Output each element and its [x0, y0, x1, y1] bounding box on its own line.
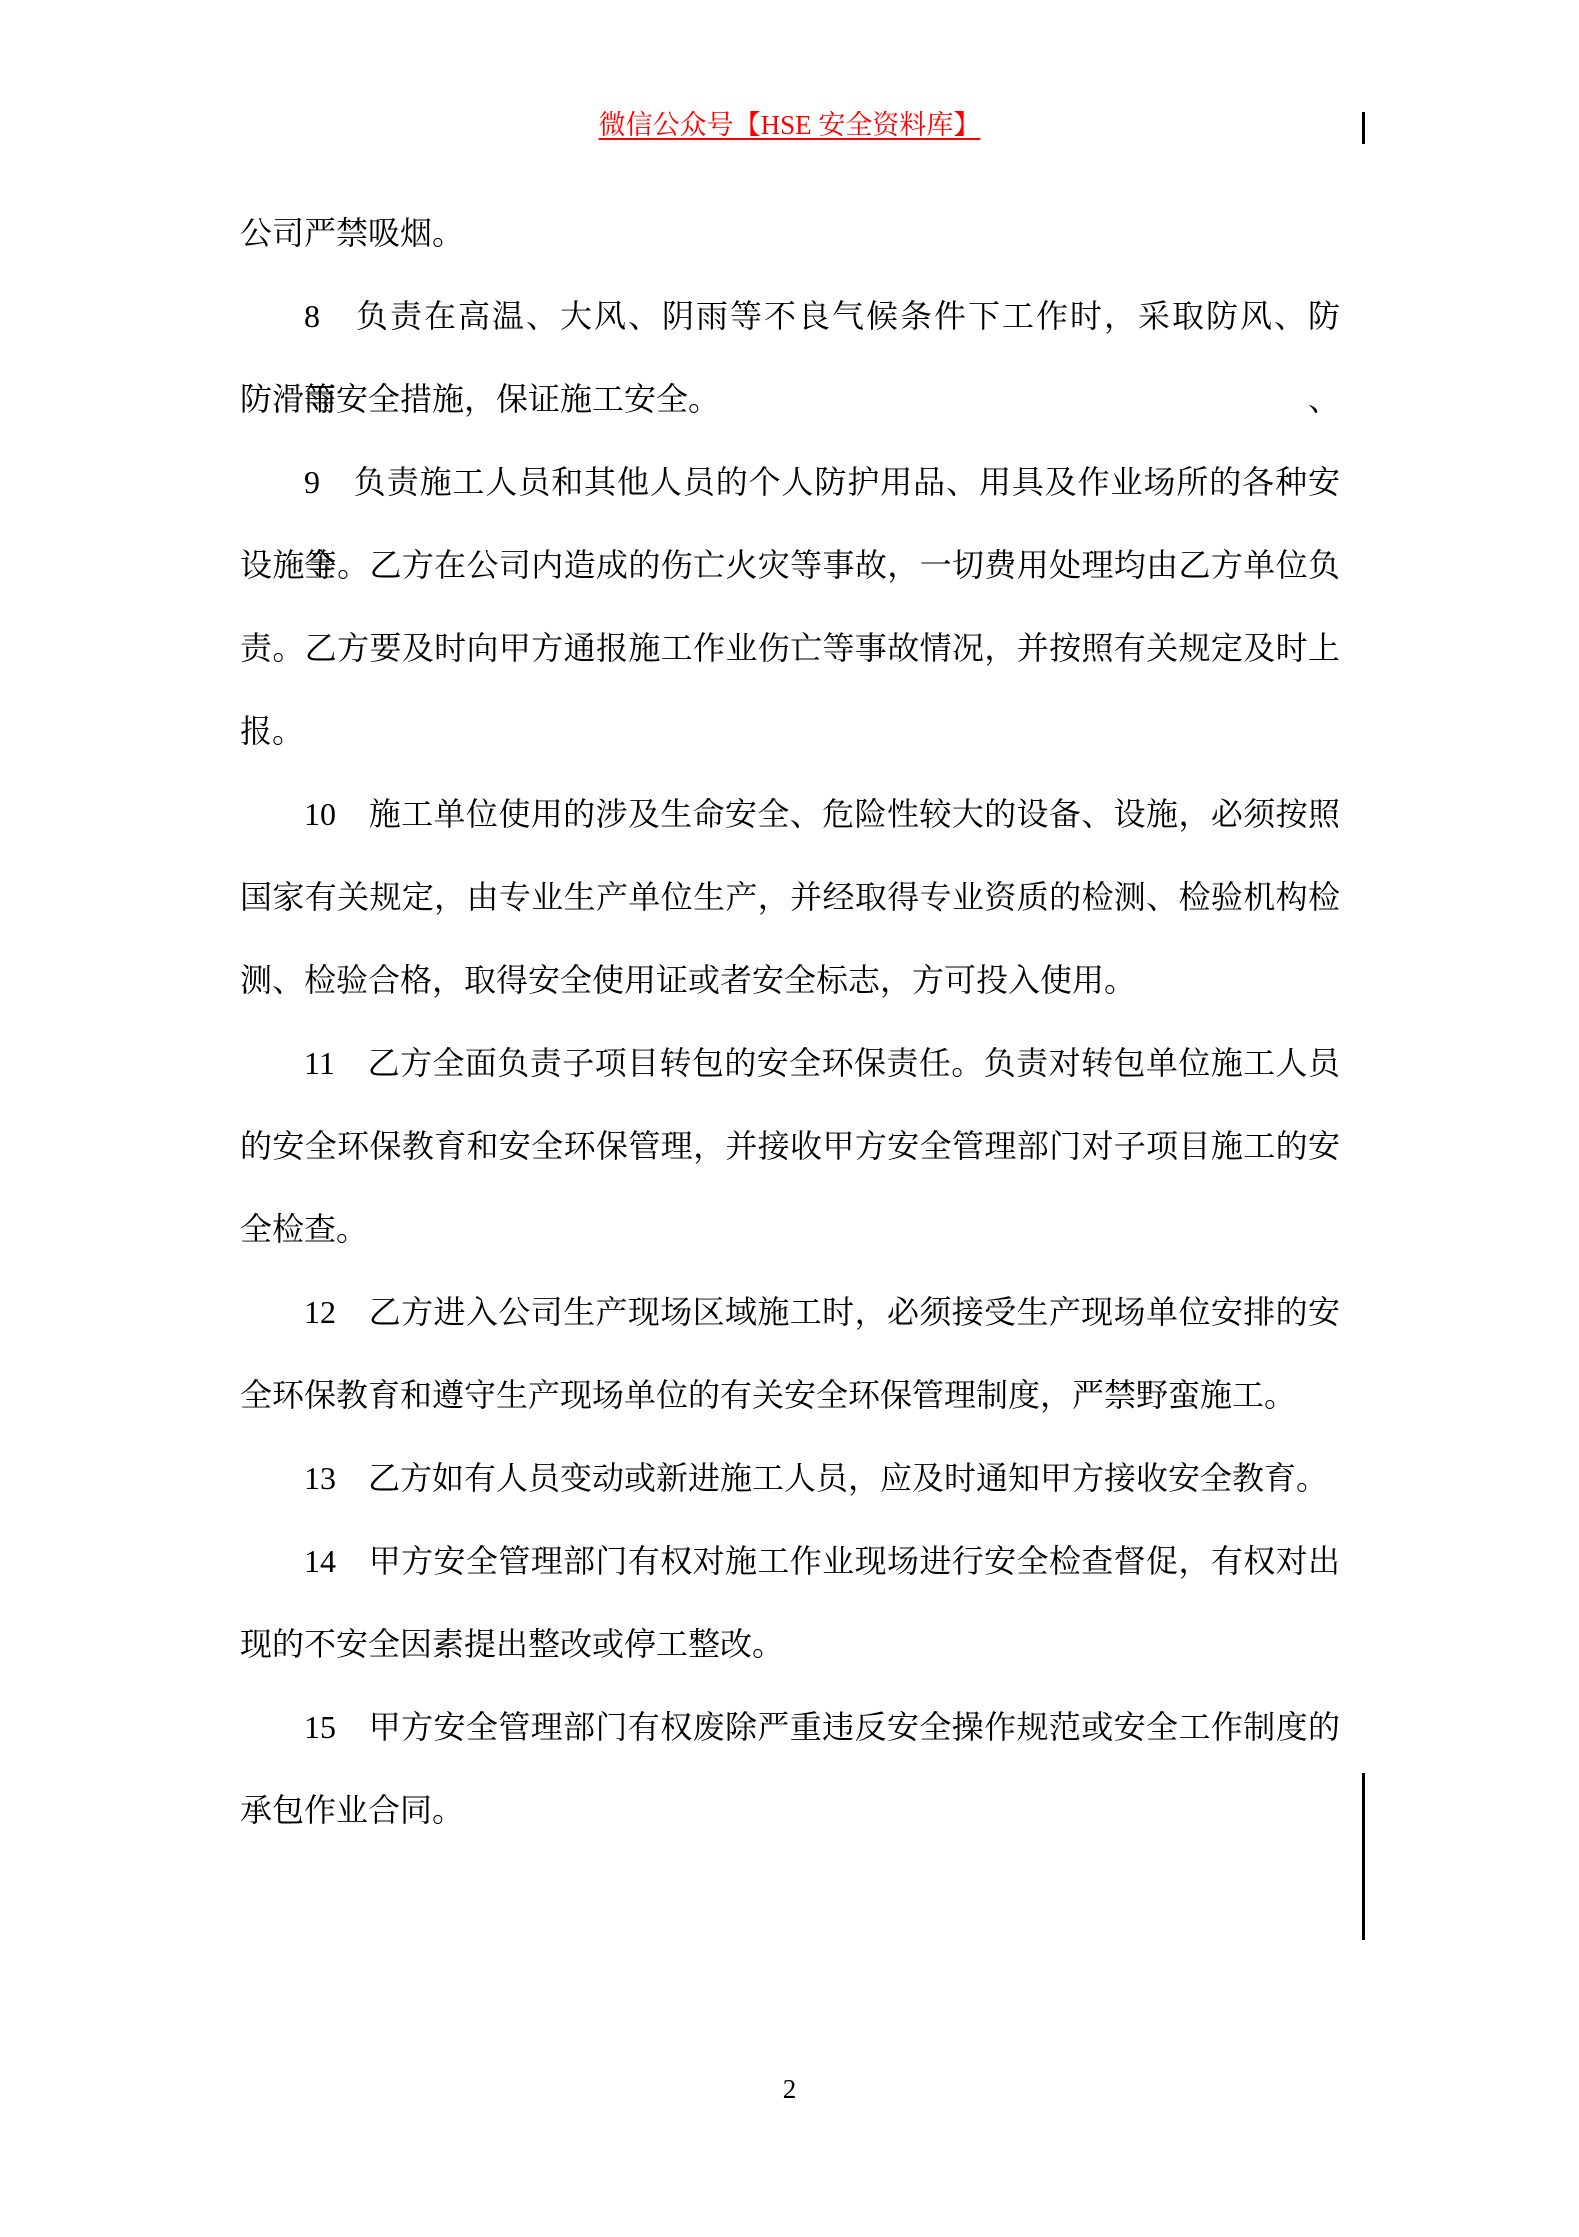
text-line: 国家有关规定，由专业生产单位生产，并经取得专业资质的检测、检验机构检 [240, 856, 1340, 939]
paragraph: 公司严禁吸烟。 [240, 192, 1340, 275]
text-line: 14 甲方安全管理部门有权对施工作业现场进行安全检查督促，有权对出 [240, 1520, 1340, 1603]
page-footer: 2 [0, 2072, 1579, 2106]
header-watermark-text: 微信公众号【HSE 安全资料库】 [599, 110, 981, 140]
revision-bar [1362, 112, 1365, 144]
paragraph: 14 甲方安全管理部门有权对施工作业现场进行安全检查督促，有权对出现的不安全因素… [240, 1520, 1340, 1686]
page-header: 微信公众号【HSE 安全资料库】 [0, 108, 1579, 142]
document-body: 公司严禁吸烟。8 负责在高温、大风、阴雨等不良气候条件下工作时，采取防风、防雨、… [240, 192, 1340, 1852]
text-line: 现的不安全因素提出整改或停工整改。 [240, 1603, 1340, 1686]
paragraph: 12 乙方进入公司生产现场区域施工时，必须接受生产现场单位安排的安全环保教育和遵… [240, 1271, 1340, 1437]
paragraph: 13 乙方如有人员变动或新进施工人员，应及时通知甲方接收安全教育。 [240, 1437, 1340, 1520]
text-line: 全检查。 [240, 1188, 1340, 1271]
text-line: 责。乙方要及时向甲方通报施工作业伤亡等事故情况，并按照有关规定及时上 [240, 607, 1340, 690]
text-line: 的安全环保教育和安全环保管理，并接收甲方安全管理部门对子项目施工的安 [240, 1105, 1340, 1188]
text-line: 13 乙方如有人员变动或新进施工人员，应及时通知甲方接收安全教育。 [240, 1437, 1340, 1520]
revision-bar [1362, 1773, 1365, 1940]
text-line: 承包作业合同。 [240, 1769, 1340, 1852]
text-line: 12 乙方进入公司生产现场区域施工时，必须接受生产现场单位安排的安 [240, 1271, 1340, 1354]
text-line: 公司严禁吸烟。 [240, 192, 1340, 275]
text-line: 15 甲方安全管理部门有权废除严重违反安全操作规范或安全工作制度的 [240, 1686, 1340, 1769]
text-line: 全环保教育和遵守生产现场单位的有关安全环保管理制度，严禁野蛮施工。 [240, 1354, 1340, 1437]
paragraph: 10 施工单位使用的涉及生命安全、危险性较大的设备、设施，必须按照国家有关规定，… [240, 773, 1340, 1022]
text-line: 9 负责施工人员和其他人员的个人防护用品、用具及作业场所的各种安全 [240, 441, 1340, 524]
text-line: 设施等。乙方在公司内造成的伤亡火灾等事故，一切费用处理均由乙方单位负 [240, 524, 1340, 607]
text-line: 8 负责在高温、大风、阴雨等不良气候条件下工作时，采取防风、防雨、 [240, 275, 1340, 358]
text-line: 测、检验合格，取得安全使用证或者安全标志，方可投入使用。 [240, 939, 1340, 1022]
paragraph: 8 负责在高温、大风、阴雨等不良气候条件下工作时，采取防风、防雨、防滑等安全措施… [240, 275, 1340, 441]
page-number: 2 [783, 2074, 797, 2104]
paragraph: 9 负责施工人员和其他人员的个人防护用品、用具及作业场所的各种安全设施等。乙方在… [240, 441, 1340, 773]
paragraph: 11 乙方全面负责子项目转包的安全环保责任。负责对转包单位施工人员的安全环保教育… [240, 1022, 1340, 1271]
paragraph: 15 甲方安全管理部门有权废除严重违反安全操作规范或安全工作制度的承包作业合同。 [240, 1686, 1340, 1852]
document-page: 微信公众号【HSE 安全资料库】 公司严禁吸烟。8 负责在高温、大风、阴雨等不良… [0, 0, 1579, 2237]
text-line: 11 乙方全面负责子项目转包的安全环保责任。负责对转包单位施工人员 [240, 1022, 1340, 1105]
text-line: 10 施工单位使用的涉及生命安全、危险性较大的设备、设施，必须按照 [240, 773, 1340, 856]
text-line: 报。 [240, 690, 1340, 773]
